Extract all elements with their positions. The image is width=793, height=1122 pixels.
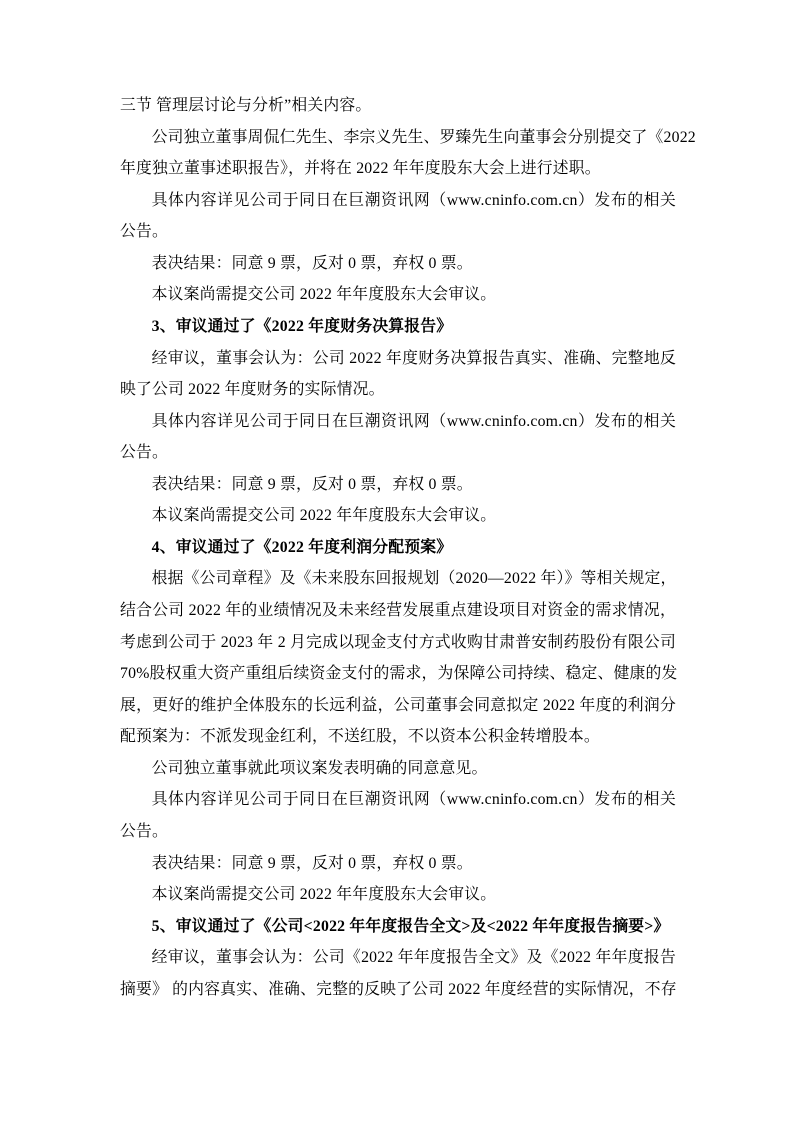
text-line: 摘要》 的内容真实、准确、完整的反映了公司 2022 年度经营的实际情况，不存	[120, 974, 676, 1006]
heading-line: 4、审议通过了《2022 年度利润分配预案》	[120, 532, 676, 564]
text-line: 本议案尚需提交公司 2022 年年度股东大会审议。	[120, 279, 676, 311]
text-line: 映了公司 2022 年度财务的实际情况。	[120, 374, 676, 406]
text-line: 公告。	[120, 437, 676, 469]
text-line: 具体内容详见公司于同日在巨潮资讯网（www.cninfo.com.cn）发布的相…	[120, 406, 676, 438]
heading-line: 3、审议通过了《2022 年度财务决算报告》	[120, 311, 676, 343]
text-line: 公司独立董事就此项议案发表明确的同意意见。	[120, 753, 676, 785]
text-line: 经审议，董事会认为：公司 2022 年度财务决算报告真实、准确、完整地反	[120, 343, 676, 375]
text-line: 公告。	[120, 816, 676, 848]
text-line: 70%股权重大资产重组后续资金支付的需求，为保障公司持续、稳定、健康的发	[120, 658, 676, 690]
text-line: 公司独立董事周侃仁先生、李宗义先生、罗臻先生向董事会分别提交了《2022	[120, 122, 676, 154]
text-line: 本议案尚需提交公司 2022 年年度股东大会审议。	[120, 500, 676, 532]
text-line: 具体内容详见公司于同日在巨潮资讯网（www.cninfo.com.cn）发布的相…	[120, 185, 676, 217]
text-line: 表决结果：同意 9 票，反对 0 票，弃权 0 票。	[120, 848, 676, 880]
text-line: 表决结果：同意 9 票，反对 0 票，弃权 0 票。	[120, 248, 676, 280]
text-line: 表决结果：同意 9 票，反对 0 票，弃权 0 票。	[120, 469, 676, 501]
text-line: 结合公司 2022 年的业绩情况及未来经营发展重点建设项目对资金的需求情况，	[120, 595, 676, 627]
text-line: 具体内容详见公司于同日在巨潮资讯网（www.cninfo.com.cn）发布的相…	[120, 784, 676, 816]
text-line: 展，更好的维护全体股东的长远利益，公司董事会同意拟定 2022 年度的利润分	[120, 690, 676, 722]
heading-line: 5、审议通过了《公司<2022 年年度报告全文>及<2022 年年度报告摘要>》	[120, 911, 676, 943]
document-body: 三节 管理层讨论与分析”相关内容。公司独立董事周侃仁先生、李宗义先生、罗臻先生向…	[120, 90, 676, 1005]
text-line: 三节 管理层讨论与分析”相关内容。	[120, 90, 676, 122]
text-line: 经审议，董事会认为：公司《2022 年年度报告全文》及《2022 年年度报告	[120, 942, 676, 974]
text-line: 本议案尚需提交公司 2022 年年度股东大会审议。	[120, 879, 676, 911]
text-line: 年度独立董事述职报告》，并将在 2022 年年度股东大会上进行述职。	[120, 153, 676, 185]
text-line: 考虑到公司于 2023 年 2 月完成以现金支付方式收购甘肃普安制药股份有限公司	[120, 627, 676, 659]
text-line: 配预案为：不派发现金红利，不送红股，不以资本公积金转增股本。	[120, 721, 676, 753]
document-page: 三节 管理层讨论与分析”相关内容。公司独立董事周侃仁先生、李宗义先生、罗臻先生向…	[0, 0, 793, 1122]
text-line: 公告。	[120, 216, 676, 248]
text-line: 根据《公司章程》及《未来股东回报规划（2020—2022 年）》等相关规定，	[120, 563, 676, 595]
